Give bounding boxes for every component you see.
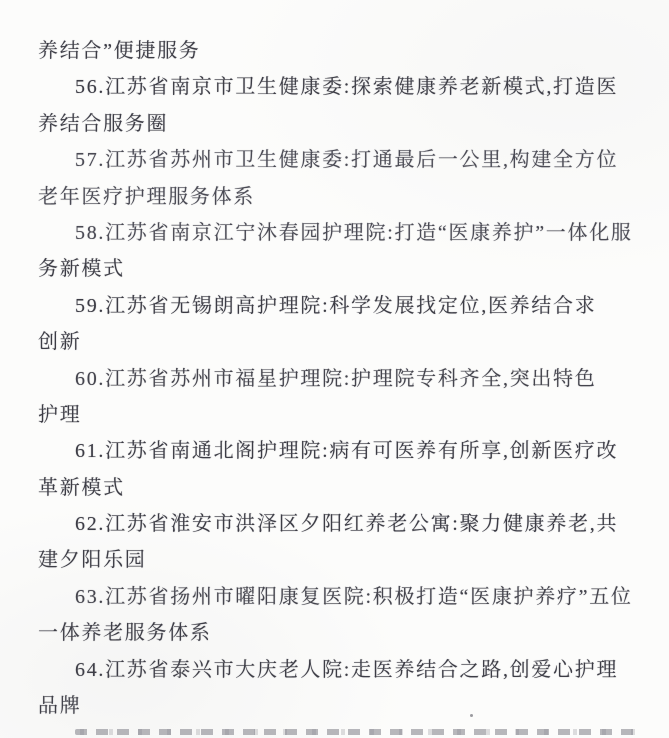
text-line-14: 62.江苏省淮安市洪泽区夕阳红养老公寓:聚力健康养老,共 — [38, 506, 649, 542]
cutoff-next-line-fragment — [75, 729, 641, 735]
text-line-10: 60.江苏省苏州市福星护理院:护理院专科齐全,突出特色 — [38, 361, 649, 397]
text-line-7: 务新模式 — [38, 251, 649, 287]
document-text-block: 养结合”便捷服务56.江苏省南京市卫生健康委:探索健康养老新模式,打造医养结合服… — [38, 33, 649, 724]
text-line-5: 老年医疗护理服务体系 — [38, 179, 649, 215]
text-line-6: 58.江苏省南京江宁沐春园护理院:打造“医康养护”一体化服 — [38, 215, 649, 251]
text-line-8: 59.江苏省无锡朗高护理院:科学发展找定位,医养结合求 — [38, 288, 649, 324]
text-line-3: 养结合服务圈 — [38, 106, 649, 142]
text-line-17: 一体养老服务体系 — [38, 615, 649, 651]
text-line-19: 品牌 — [38, 688, 649, 724]
text-line-2: 56.江苏省南京市卫生健康委:探索健康养老新模式,打造医 — [38, 69, 649, 105]
scan-speck — [470, 714, 473, 717]
document-page: 养结合”便捷服务56.江苏省南京市卫生健康委:探索健康养老新模式,打造医养结合服… — [0, 0, 669, 738]
text-line-12: 61.江苏省南通北阁护理院:病有可医养有所享,创新医疗改 — [38, 433, 649, 469]
text-line-4: 57.江苏省苏州市卫生健康委:打通最后一公里,构建全方位 — [38, 142, 649, 178]
text-line-1: 养结合”便捷服务 — [38, 33, 649, 69]
text-line-13: 革新模式 — [38, 470, 649, 506]
text-line-9: 创新 — [38, 324, 649, 360]
text-line-11: 护理 — [38, 397, 649, 433]
text-line-15: 建夕阳乐园 — [38, 542, 649, 578]
text-line-18: 64.江苏省泰兴市大庆老人院:走医养结合之路,创爱心护理 — [38, 652, 649, 688]
text-line-16: 63.江苏省扬州市曜阳康复医院:积极打造“医康护养疗”五位 — [38, 579, 649, 615]
